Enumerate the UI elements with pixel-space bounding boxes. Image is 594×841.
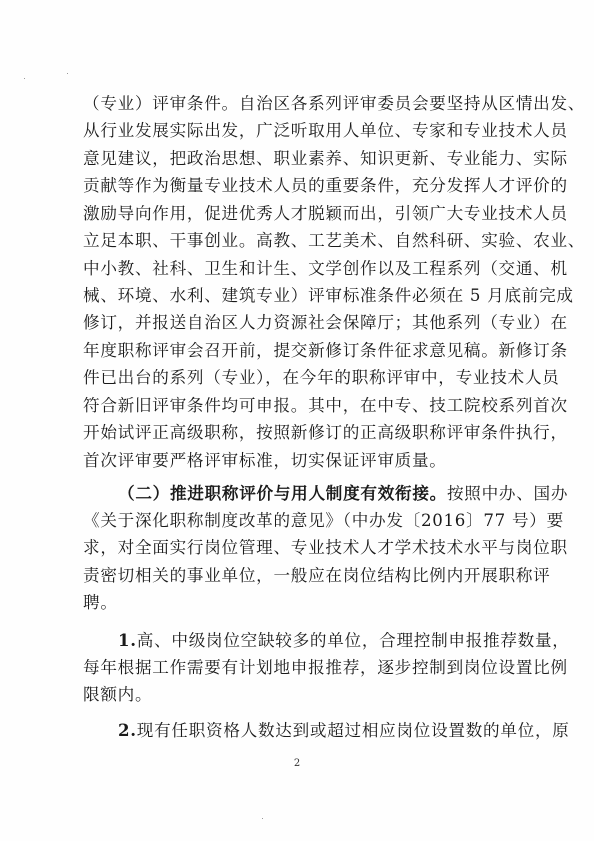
section-heading: （二）推进职称评价与用人制度有效衔接。 — [118, 483, 447, 503]
text-line: 聘。 — [83, 592, 523, 614]
document-page: （专业）评审条件。自治区各系列评审委员会要坚持从区情出发、 从行业发展实际出发，… — [0, 0, 594, 841]
scan-speck — [67, 73, 68, 74]
text-line: 械、环境、水利、建筑专业）评审标准条件必须在 5 月底前完成 — [83, 285, 523, 307]
text-line: 激励导向作用，促进优秀人才脱颖而出，引领广大专业技术人员 — [83, 203, 523, 225]
text-line: 《关于深化职称制度改革的意见》（中办发〔2016〕77 号）要 — [83, 510, 523, 532]
text-line: 中小教、社科、卫生和计生、文学创作以及工程系列（交通、机 — [83, 258, 523, 280]
list-item-first-line: 1.高、中级岗位空缺较多的单位，合理控制申报推荐数量， — [118, 629, 523, 651]
text-line: （专业）评审条件。自治区各系列评审委员会要坚持从区情出发、 — [83, 93, 523, 115]
text-line: 从行业发展实际出发，广泛听取用人单位、专家和专业技术人员 — [83, 120, 523, 142]
text-line: 每年根据工作需要有计划地申报推荐，逐步控制到岗位设置比例 — [83, 657, 523, 679]
list-item-number: 1. — [118, 630, 137, 650]
text-line: 意见建议，把政治思想、职业素养、知识更新、专业能力、实际 — [83, 148, 523, 170]
list-item-number: 2. — [118, 720, 137, 740]
text-line: 符合新旧评审条件均可申报。其中，在中专、技工院校系列首次 — [83, 395, 523, 417]
section-heading-rest: 按照中办、国办 — [447, 484, 568, 503]
list-item-first-line: 2.现有任职资格人数达到或超过相应岗位设置数的单位，原 — [118, 719, 523, 741]
text-line: 首次评审要严格评审标准，切实保证评审质量。 — [83, 450, 523, 472]
text-line: 年度职称评审会召开前，提交新修订条件征求意见稿。新修订条 — [83, 340, 523, 362]
page-number: 2 — [290, 758, 304, 770]
text-line: 开始试评正高级职称，按照新修订的正高级职称评审条件执行， — [83, 422, 523, 444]
scan-speck — [24, 78, 25, 79]
text-line: 限额内。 — [83, 684, 523, 706]
text-line: 贡献等作为衡量专业技术人员的重要条件，充分发挥人才评价的 — [83, 175, 523, 197]
text-line: 修订，并报送自治区人力资源社会保障厅；其他系列（专业）在 — [83, 312, 523, 334]
text-line: 件已出台的系列（专业），在今年的职称评审中，专业技术人员 — [83, 367, 523, 389]
text-line: 责密切相关的事业单位，一般应在岗位结构比例内开展职称评 — [83, 565, 523, 587]
section-heading-line: （二）推进职称评价与用人制度有效衔接。按照中办、国办 — [118, 482, 523, 504]
list-item-text: 高、中级岗位空缺较多的单位，合理控制申报推荐数量， — [137, 631, 570, 650]
scan-speck — [262, 818, 263, 819]
text-line: 求，对全面实行岗位管理、专业技术人才学术技术水平与岗位职 — [83, 537, 523, 559]
text-line: 立足本职、干事创业。高教、工艺美术、自然科研、实验、农业、 — [83, 230, 523, 252]
list-item-text: 现有任职资格人数达到或超过相应岗位设置数的单位，原 — [137, 721, 570, 740]
